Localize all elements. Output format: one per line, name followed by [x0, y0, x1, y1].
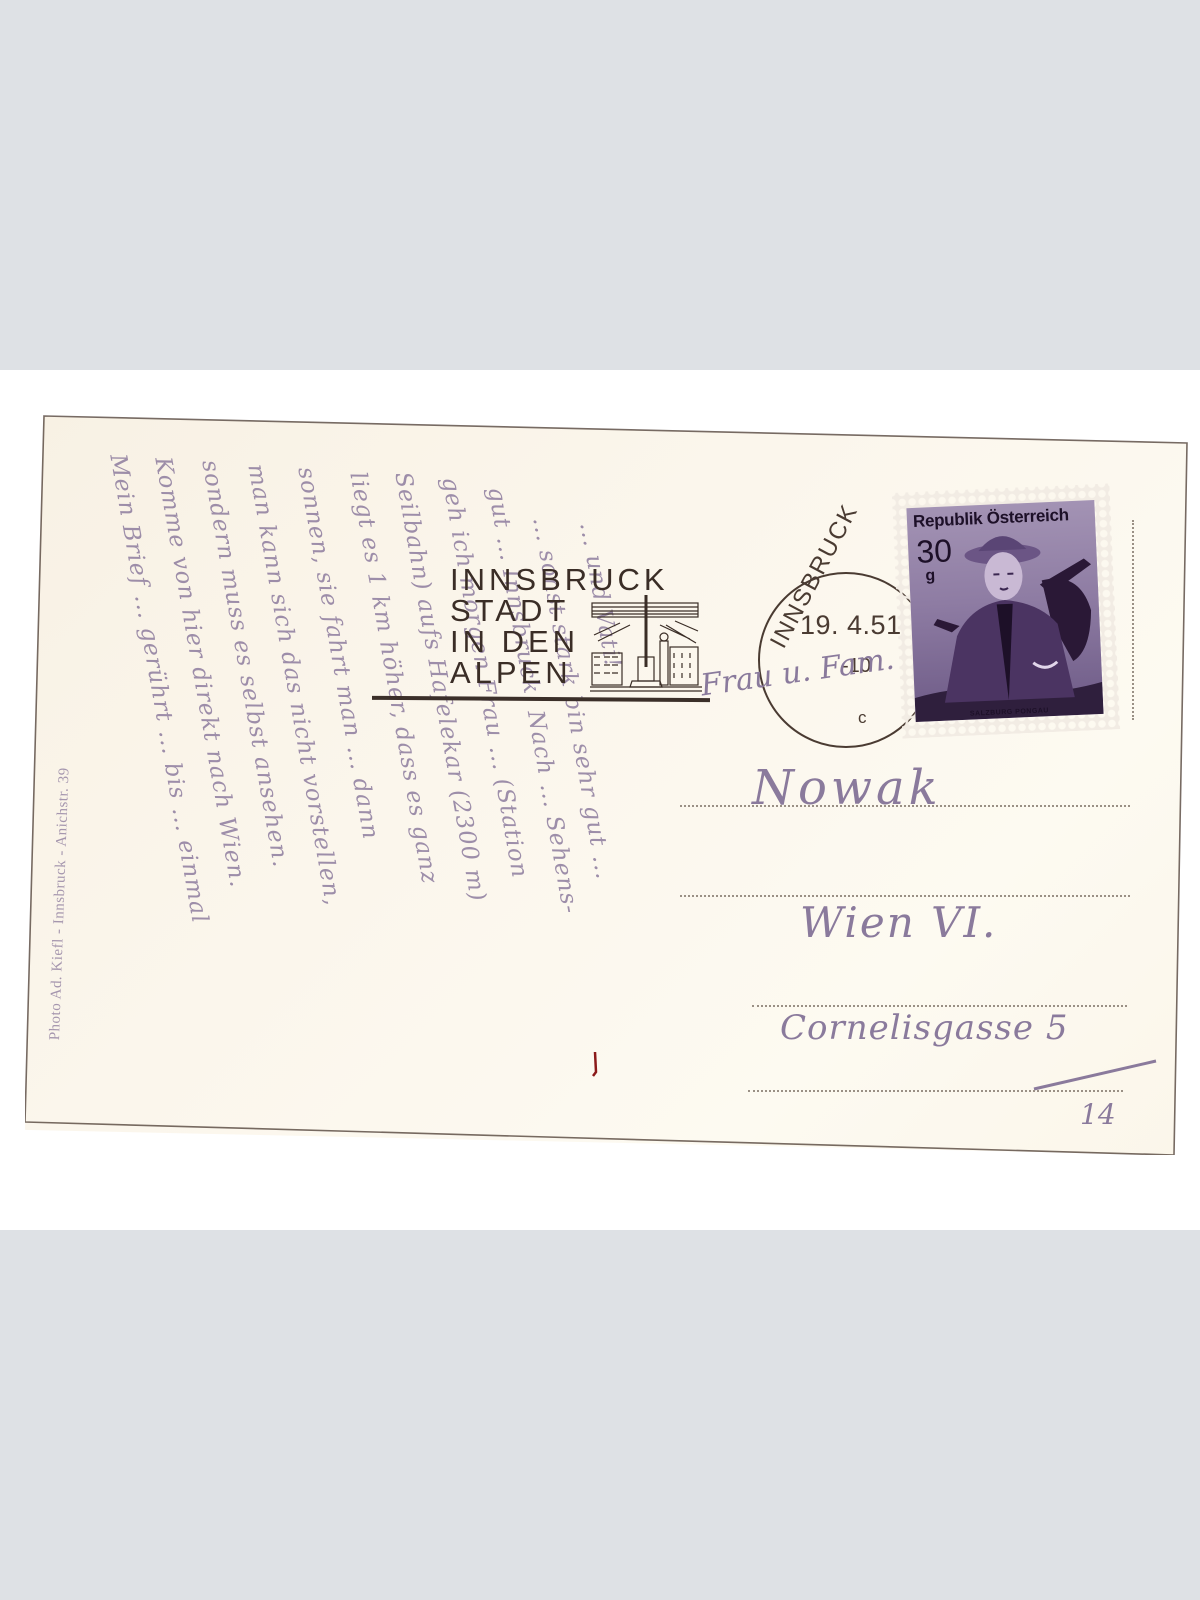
address-line-3 — [752, 1005, 1127, 1007]
red-ink-mark — [590, 1050, 600, 1080]
address-name: Nowak — [752, 760, 942, 816]
annasaeule-illustration — [590, 595, 702, 693]
postmark-letter: c — [858, 708, 867, 728]
address-line-4 — [748, 1090, 1123, 1092]
postmark-date: 19. 4.51 — [800, 610, 902, 641]
address-street: Cornelisgasse 5 — [780, 1008, 1068, 1048]
handwritten-message: ... und Vati! ... sonst stark bin sehr g… — [0, 0, 1200, 1600]
stamp-guide-line — [1132, 520, 1134, 720]
stamp-design: Republik Österreich 30 g SALZBURG PONGAU — [906, 500, 1103, 722]
address-city: Wien VI. — [800, 898, 997, 947]
postage-stamp: Republik Österreich 30 g SALZBURG PONGAU — [892, 483, 1121, 738]
stamp-value: 30 — [916, 534, 953, 568]
street-underline — [1030, 1055, 1160, 1095]
slogan-line: INNSBRUCK — [450, 565, 669, 596]
address-apartment: 14 — [1080, 1098, 1116, 1131]
address-line-2 — [680, 895, 1130, 897]
stamp-unit: g — [925, 567, 936, 585]
